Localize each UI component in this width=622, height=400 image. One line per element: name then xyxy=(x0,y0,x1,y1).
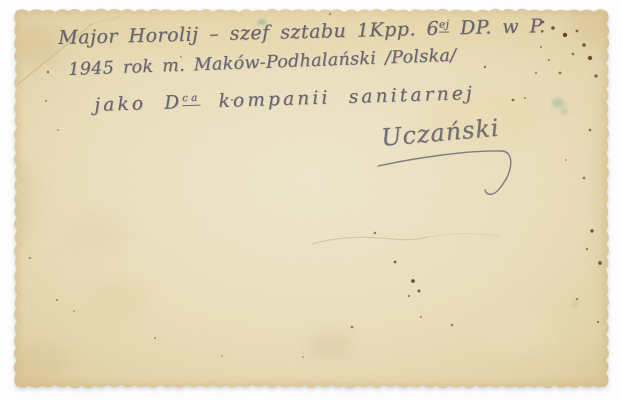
foxing-spot xyxy=(231,99,233,101)
foxing-spot xyxy=(588,56,592,60)
foxing-spot xyxy=(73,310,75,312)
ink-stain xyxy=(552,98,564,108)
foxing-spot xyxy=(451,324,453,326)
foxing-spot xyxy=(512,99,515,102)
foxing-spot xyxy=(329,13,331,15)
foxing-spot xyxy=(594,74,597,77)
age-smudge xyxy=(420,90,540,150)
foxing-spot xyxy=(563,33,567,37)
foxing-spot xyxy=(408,295,410,297)
scan-background: Major Horolij – szef sztabu 1Kpp. 6ej DP… xyxy=(0,0,622,400)
age-smudge xyxy=(596,80,616,320)
age-smudge xyxy=(61,213,129,257)
foxing-spot xyxy=(154,337,156,339)
foxing-spot xyxy=(394,261,397,264)
ink-stain xyxy=(561,108,568,114)
foxing-spot xyxy=(351,326,354,329)
foxing-spot xyxy=(418,290,421,293)
foxing-spot xyxy=(548,59,550,61)
foxing-spot xyxy=(57,129,59,131)
foxing-spot xyxy=(180,56,182,58)
age-smudge xyxy=(308,333,352,357)
ink-stain xyxy=(257,20,267,24)
foxing-spot xyxy=(411,279,415,283)
foxing-spot xyxy=(302,356,304,358)
foxing-spot xyxy=(540,46,542,48)
foxing-spot xyxy=(597,321,599,323)
foxing-spot xyxy=(551,26,555,30)
foxing-spot xyxy=(582,43,586,47)
foxing-spot xyxy=(420,316,422,318)
age-smudge xyxy=(2,160,38,240)
foxing-spot xyxy=(576,298,579,301)
foxing-spot xyxy=(559,72,562,75)
age-smudge xyxy=(480,306,560,354)
foxing-spot xyxy=(576,30,579,33)
foxing-spot xyxy=(535,72,537,74)
foxing-spot xyxy=(221,355,223,357)
age-smudge xyxy=(90,282,150,318)
foxing-spot xyxy=(56,299,58,301)
foxing-spot xyxy=(590,229,593,232)
foxing-spot xyxy=(542,21,545,24)
foxing-spot xyxy=(572,53,575,56)
foxing-spot xyxy=(589,129,592,132)
foxing-spot xyxy=(565,159,567,161)
foxing-spot xyxy=(598,261,602,265)
age-smudge xyxy=(10,344,70,376)
foxing-spot xyxy=(586,248,589,251)
foxing-spot xyxy=(29,257,31,259)
ink-stain xyxy=(572,303,578,308)
age-smudge xyxy=(50,4,550,56)
photo-card-svg xyxy=(0,0,622,400)
foxing-spot xyxy=(374,232,376,234)
foxing-spot xyxy=(524,97,526,99)
foxing-spot xyxy=(484,66,486,68)
foxing-spot xyxy=(47,71,50,74)
foxing-spot xyxy=(45,100,47,102)
foxing-spot xyxy=(583,177,586,180)
